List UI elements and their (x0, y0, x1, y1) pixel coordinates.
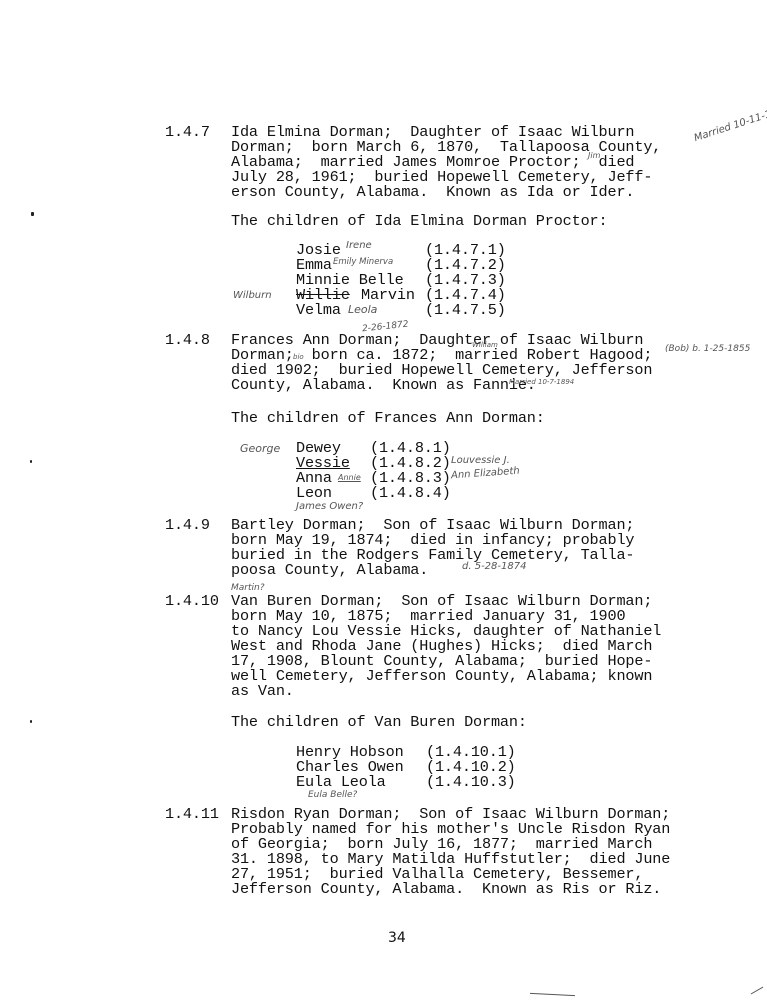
child-number: (1.4.10.3) (426, 775, 516, 790)
entry-line: well Cemetery, Jefferson County, Alabama… (231, 669, 652, 684)
handwritten-note: bio (293, 353, 304, 361)
entry-line: erson County, Alabama. Known as Ida or I… (231, 185, 634, 200)
handwritten-note: William (472, 341, 498, 349)
scan-smudge (530, 993, 575, 996)
entry-line: County, Alabama. Known as Fannie. (231, 378, 536, 393)
child-number: (1.4.7.5) (425, 303, 506, 318)
child-name: Eula Leola (296, 775, 386, 790)
handwritten-note: Leola (348, 303, 377, 316)
scan-speck (30, 460, 32, 463)
scan-smudge (751, 987, 764, 995)
handwritten-note: (Bob) b. 1-25-1855 (665, 344, 750, 354)
entry-line: Jefferson County, Alabama. Known as Ris … (231, 882, 661, 897)
handwritten-note: Ann Elizabeth (451, 466, 520, 482)
children-heading: The children of Van Buren Dorman: (231, 715, 527, 730)
scan-speck (30, 720, 32, 723)
entry-number: 1.4.9 (165, 518, 210, 533)
handwritten-note: George (240, 442, 280, 455)
child-name: Velma (296, 303, 341, 318)
child-number: (1.4.8.4) (370, 486, 451, 501)
page-number: 34 (388, 930, 406, 946)
handwritten-note: Married 10-7-1894 (509, 378, 574, 386)
document-page: 1.4.7 Ida Elmina Dorman; Daughter of Isa… (0, 0, 767, 1000)
children-heading: The children of Frances Ann Dorman: (231, 411, 545, 426)
entry-number: 1.4.7 (165, 125, 210, 140)
entry-line: as Van. (231, 684, 294, 699)
handwritten-note: James Owen? (296, 501, 363, 512)
entry-line: poosa County, Alabama. (231, 563, 428, 578)
entry-number: 1.4.8 (165, 333, 210, 348)
children-heading: The children of Ida Elmina Dorman Procto… (231, 214, 608, 229)
handwritten-note: Annie (338, 473, 361, 482)
handwritten-note: Louvessie J. (451, 455, 510, 466)
handwritten-note: Jim (588, 151, 600, 160)
handwritten-note: Wilburn (233, 290, 272, 301)
entry-number: 1.4.11 (165, 807, 219, 822)
child-name: Marvin (361, 288, 415, 303)
handwritten-note: Martin? (231, 583, 265, 593)
handwritten-note: Eula Belle? (308, 790, 357, 800)
handwritten-note: Irene (346, 240, 372, 251)
scan-speck (31, 212, 34, 216)
child-name: Leon (296, 486, 332, 501)
entry-number: 1.4.10 (165, 594, 219, 609)
handwritten-note: Married 10-11-1888 (693, 103, 767, 144)
handwritten-note: Emily Minerva (333, 257, 393, 267)
handwritten-note: d. 5-28-1874 (462, 561, 526, 572)
